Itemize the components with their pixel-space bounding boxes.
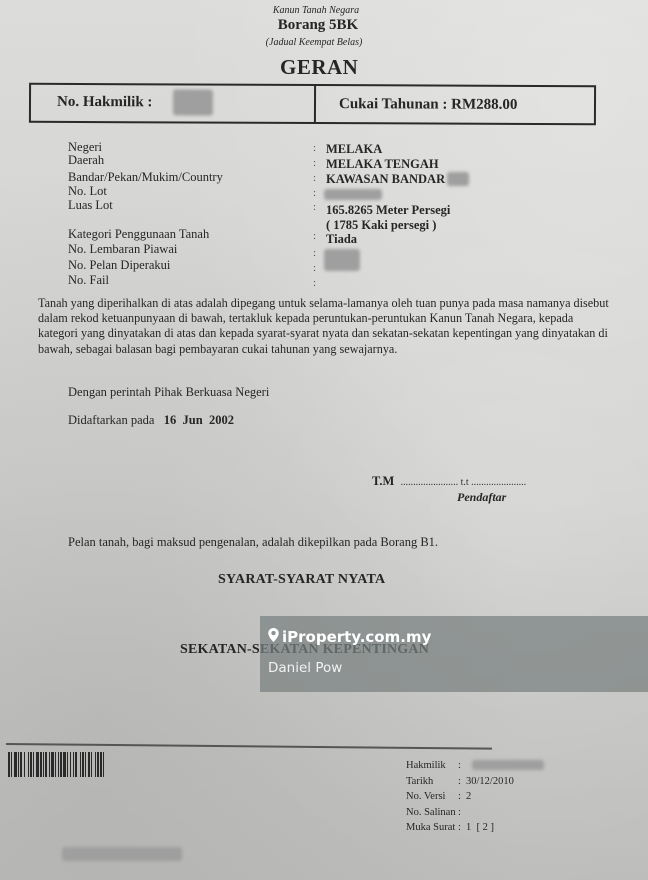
meta-key: No. Versi (406, 789, 458, 805)
field-label-pelan: No. Pelan Diperakui (68, 258, 170, 272)
lembaran-redacted (324, 249, 360, 271)
meta-row-tarikh: Tarikh:30/12/2010 (406, 774, 514, 790)
field-label-fail: No. Fail (68, 273, 109, 287)
field-label-lembaran: No. Lembaran Piawai (68, 242, 177, 256)
colon: : (313, 172, 316, 184)
cukai-label: Cukai Tahunan : (339, 96, 447, 112)
footer-redacted (62, 847, 182, 861)
colon: : (313, 230, 316, 242)
title-declaration-paragraph: Tanah yang diperihalkan di atas adalah d… (38, 296, 616, 357)
colon: : (458, 805, 466, 821)
meta-key: No. Salinan (406, 805, 458, 821)
footer-meta: Hakmilik: Tarikh:30/12/2010 No. Versi:2 … (406, 758, 514, 836)
registered-label: Didaftarkan pada (68, 413, 154, 427)
colon: : (458, 820, 466, 836)
meta-key: Tarikh (406, 774, 458, 790)
form-name: Borang 5BK (218, 17, 418, 34)
hakmilik-label: No. Hakmilik : (57, 94, 153, 111)
field-label-bandar: Bandar/Pekan/Mukim/Country (68, 170, 223, 184)
meta-row-versi: No. Versi:2 (406, 789, 514, 805)
registered-date: 16 Jun 2002 (164, 413, 234, 427)
section-syarat-nyata: SYARAT-SYARAT NYATA (218, 572, 385, 588)
meta-key: Hakmilik (406, 758, 458, 774)
colon: : (458, 758, 466, 774)
field-value-daerah: MELAKA TENGAH (326, 157, 439, 172)
location-pin-icon (268, 628, 279, 646)
iproperty-watermark: iProperty.com.my Daniel Pow (260, 616, 648, 692)
act-name: Kanun Tanah Negara (216, 5, 416, 16)
cukai-tahunan: Cukai Tahunan : RM288.00 (339, 96, 517, 114)
colon: : (458, 789, 466, 805)
field-value-bandar: KAWASAN BANDAR (326, 172, 445, 187)
meta-row-hakmilik: Hakmilik: (406, 758, 514, 774)
meta-row-salinan: No. Salinan: (406, 805, 514, 821)
cukai-value: RM288.00 (451, 97, 517, 113)
document-title: GERAN (280, 55, 358, 80)
colon: : (313, 201, 316, 213)
field-value-kategori: Tiada (326, 232, 357, 247)
colon: : (313, 142, 316, 154)
hakmilik-redacted (173, 89, 213, 115)
watermark-agent-name: Daniel Pow (268, 660, 342, 676)
colon: : (313, 247, 316, 259)
field-value-luas-lot: 165.8265 Meter Persegi (326, 203, 450, 218)
field-value-luas-lot-sqft: ( 1785 Kaki persegi ) (326, 218, 436, 233)
field-value-negeri: MELAKA (326, 142, 382, 157)
signature-dots: ....................... t.t ............… (401, 477, 527, 488)
colon: : (313, 277, 316, 289)
meta-value-tarikh: 30/12/2010 (466, 776, 514, 787)
watermark-brand: iProperty.com.my (268, 628, 431, 646)
schedule-name: (Jadual Keempat Belas) (214, 37, 414, 48)
meta-row-muka-surat: Muka Surat:1 [ 2 ] (406, 820, 514, 836)
title-box: No. Hakmilik : Cukai Tahunan : RM288.00 (29, 83, 596, 125)
colon: : (313, 187, 316, 199)
colon: : (313, 262, 316, 274)
registration-line: Didaftarkan pada 16 Jun 2002 (68, 413, 234, 428)
tm-label: T.M (372, 474, 394, 488)
field-label-kategori: Kategori Penggunaan Tanah (68, 227, 209, 241)
colon: : (458, 774, 466, 790)
meta-key: Muka Surat (406, 820, 458, 836)
colon: : (313, 157, 316, 169)
authority-line: Dengan perintah Pihak Berkuasa Negeri (68, 385, 269, 400)
bandar-redacted (447, 172, 469, 186)
barcode (8, 752, 185, 777)
pendaftar-label: Pendaftar (457, 490, 506, 505)
title-box-divider (314, 86, 316, 122)
field-label-daerah: Daerah (68, 153, 104, 167)
footer-rule (6, 743, 492, 750)
signature-line: T.M ....................... t.t ........… (372, 474, 526, 489)
meta-value-muka-surat: 1 [ 2 ] (466, 822, 494, 833)
plan-note: Pelan tanah, bagi maksud pengenalan, ada… (68, 535, 438, 550)
meta-hakmilik-redacted (472, 760, 544, 770)
watermark-brand-text: iProperty.com.my (282, 628, 431, 646)
no-lot-redacted (324, 189, 382, 200)
field-label-no-lot: No. Lot (68, 184, 107, 198)
field-label-luas-lot: Luas Lot (68, 198, 113, 212)
meta-value-versi: 2 (466, 791, 471, 802)
